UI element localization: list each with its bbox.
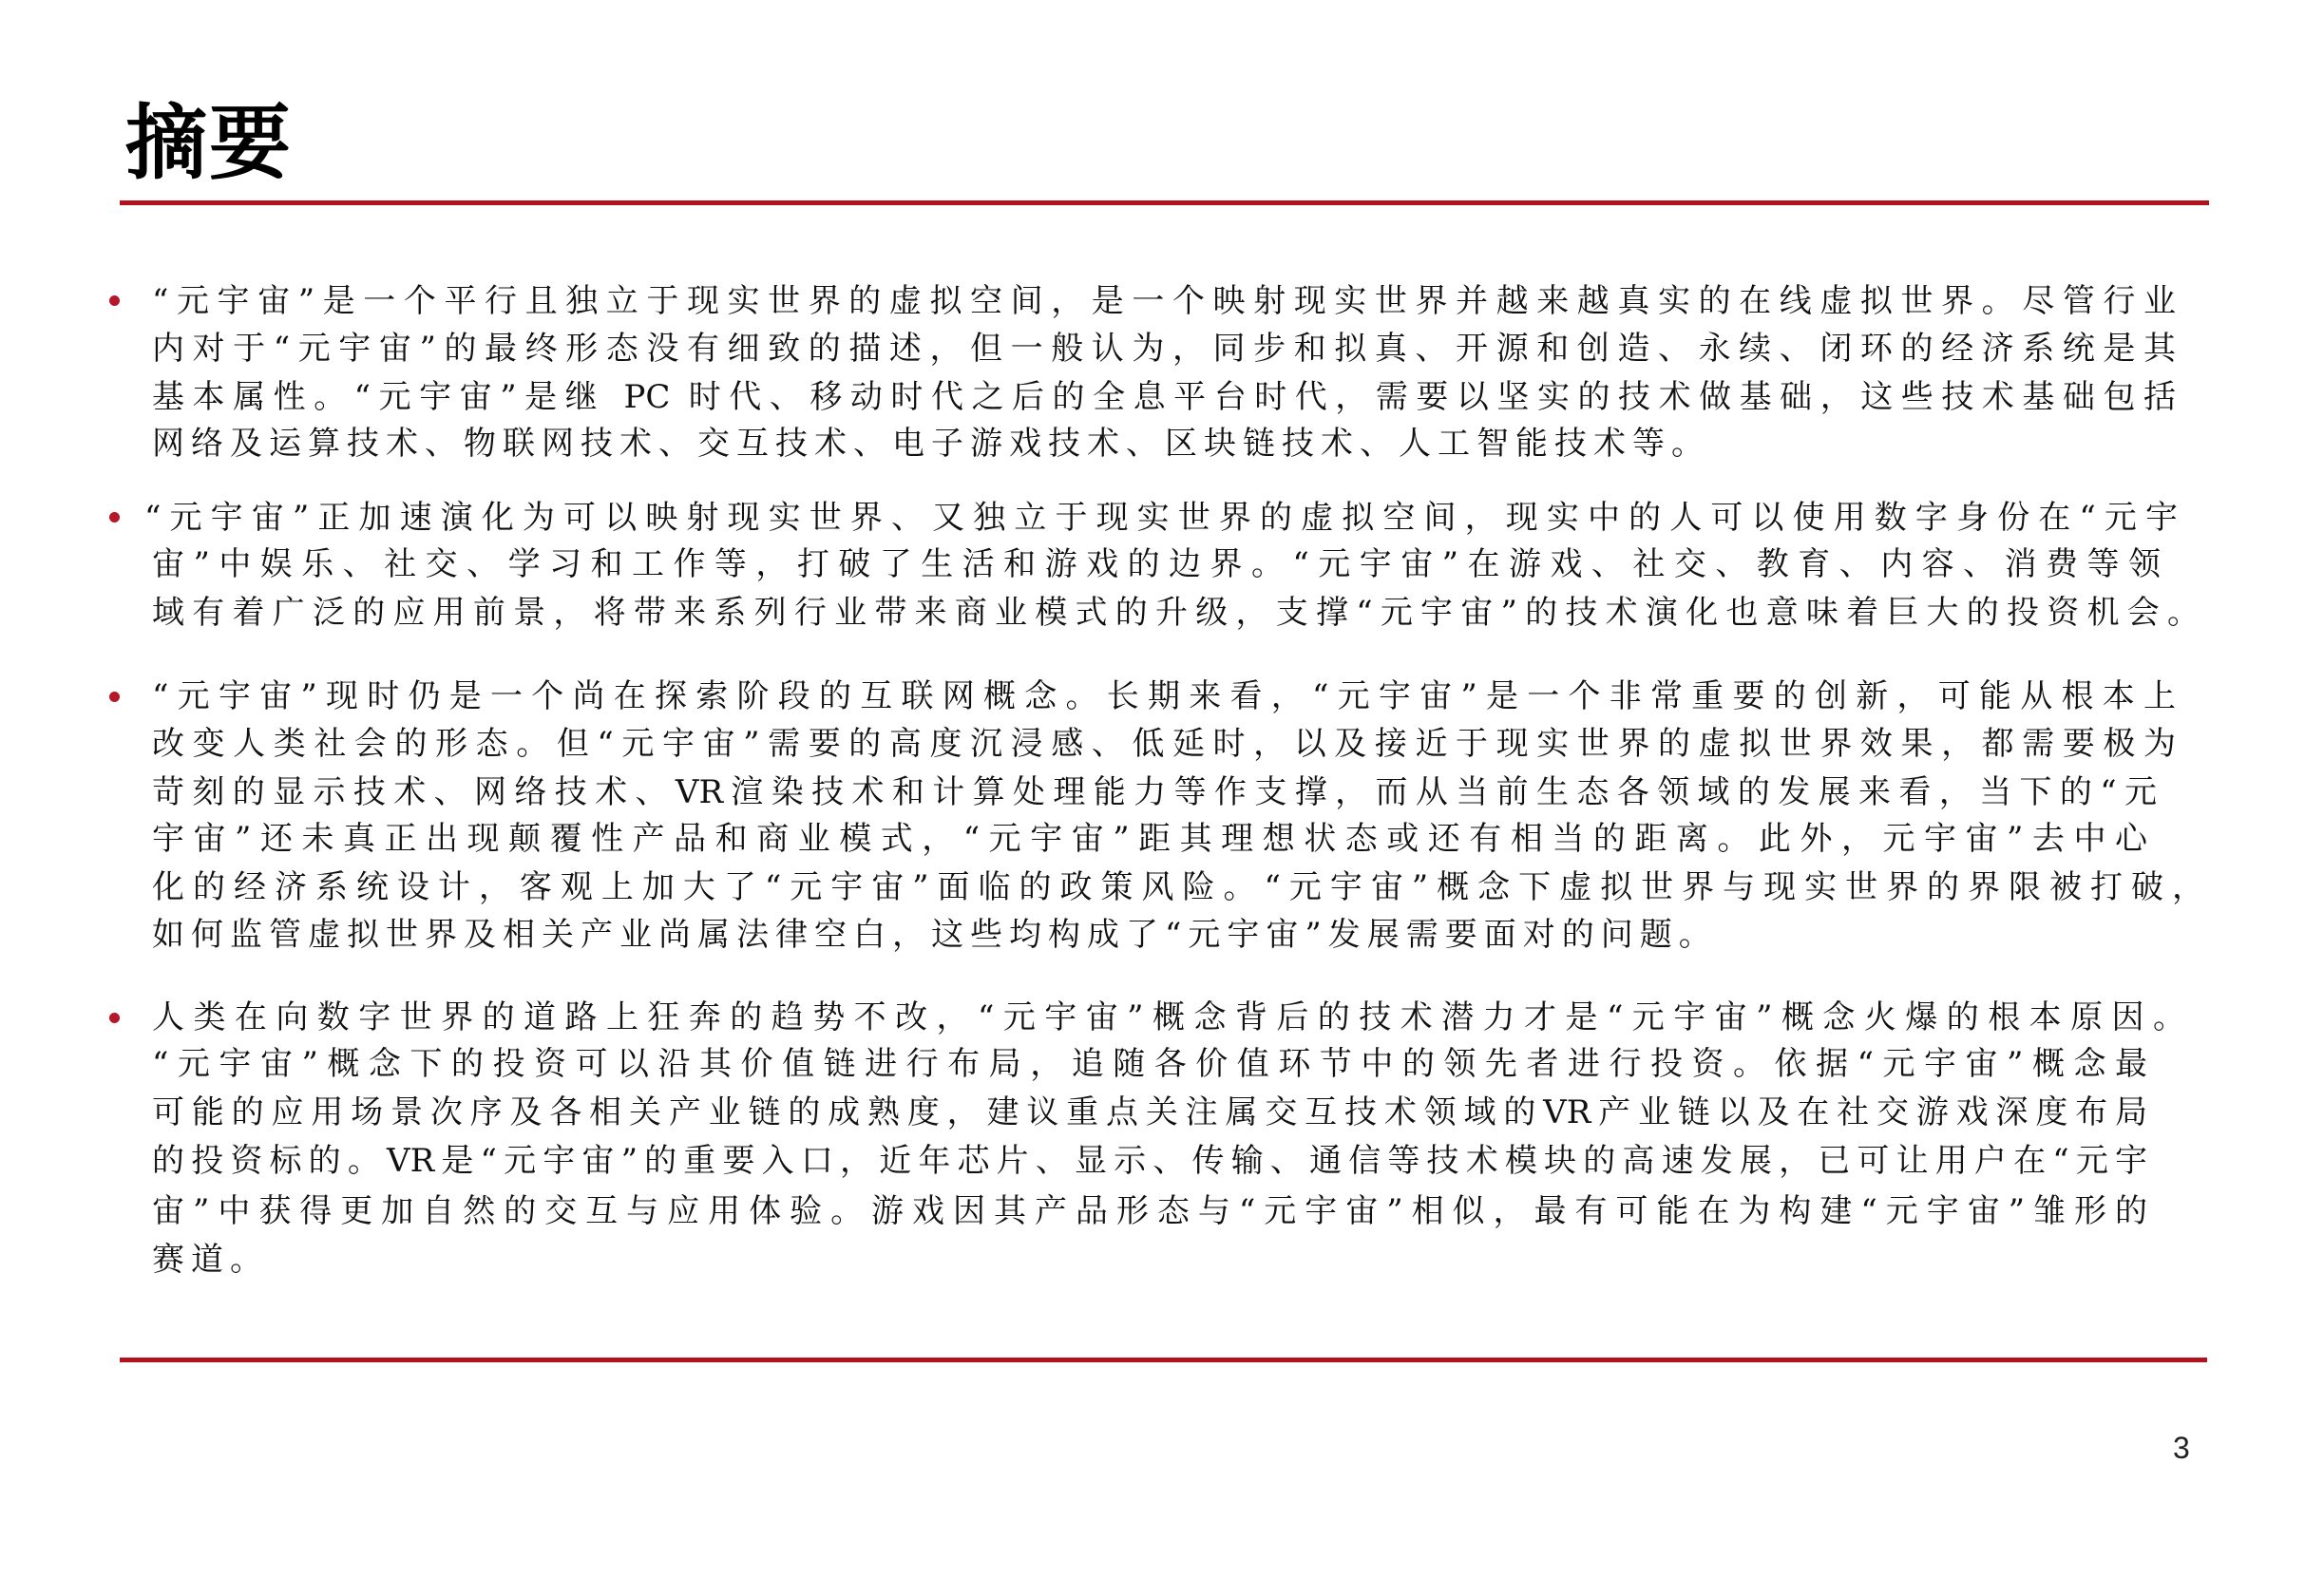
footer-divider: [120, 1358, 2207, 1362]
bullet-1-line-3: 基本属性。“元宇宙”是继 PC 时代、移动时代之后的全息平台时代，需要以坚实的技…: [152, 374, 2176, 420]
bullet-3-line-6: 如何监管虚拟世界及相关产业尚属法律空白，这些均构成了“元宇宙”发展需要面对的问题…: [152, 912, 1718, 958]
bullet-4-line-3: 可能的应用场景次序及各相关产业链的成熟度，建议重点关注属交互技术领域的VR产业链…: [152, 1090, 2147, 1135]
bullet-3-line-5: 化的经济系统设计，客观上加大了“元宇宙”面临的政策风险。“元宇宙”概念下虚拟世界…: [152, 864, 2204, 910]
bullet-1-line-4: 网络及运算技术、物联网技术、交互技术、电子游戏技术、区块链技术、人工智能技术等。: [152, 421, 1710, 466]
bullet-dot-icon: [109, 295, 120, 306]
bullet-dot-icon: [109, 692, 120, 702]
page-number: 3: [2173, 1431, 2190, 1466]
bullet-1-line-2: 内对于“元宇宙”的最终形态没有细致的描述，但一般认为，同步和拟真、开源和创造、永…: [152, 326, 2176, 371]
bullet-2-line-1: “元宇宙”正加速演化为可以映射现实世界、又独立于现实世界的虚拟空间，现实中的人可…: [144, 495, 2178, 541]
title-divider: [120, 200, 2209, 205]
bullet-3-line-4: 宇宙”还未真正出现颠覆性产品和商业模式，“元宇宙”距其理想状态或还有相当的距离。…: [152, 816, 2147, 862]
bullet-2-line-2: 宙”中娱乐、社交、学习和工作等，打破了生活和游戏的边界。“元宇宙”在游戏、社交、…: [152, 541, 2161, 587]
bullet-3-line-2: 改变人类社会的形态。但“元宇宙”需要的高度沉浸感、低延时，以及接近于现实世界的虚…: [152, 721, 2176, 767]
bullet-4-line-4: 的投资标的。VR是“元宇宙”的重要入口，近年芯片、显示、传输、通信等技术模块的高…: [152, 1138, 2147, 1184]
page-title: 摘要: [125, 91, 293, 196]
bullet-2-line-3: 域有着广泛的应用前景，将带来系列行业带来商业模式的升级，支撑“元宇宙”的技术演化…: [152, 590, 2200, 636]
bullet-1-line-1: “元宇宙”是一个平行且独立于现实世界的虚拟空间，是一个映射现实世界并越来越真实的…: [152, 278, 2176, 324]
bullet-dot-icon: [109, 1013, 120, 1023]
bullet-4-line-6: 赛道。: [152, 1237, 269, 1282]
bullet-3-line-1: “元宇宙”现时仍是一个尚在探索阶段的互联网概念。长期来看，“元宇宙”是一个非常重…: [152, 674, 2176, 719]
bullet-dot-icon: [109, 512, 120, 522]
bullet-3-line-3: 苛刻的显示技术、网络技术、VR渲染技术和计算处理能力等作支撑，而从当前生态各领域…: [152, 769, 2157, 815]
bullet-4-line-1: 人类在向数字世界的道路上狂奔的趋势不改，“元宇宙”概念背后的技术潜力才是“元宇宙…: [152, 995, 2185, 1040]
bullet-4-line-2: “元宇宙”概念下的投资可以沿其价值链进行布局，追随各价值环节中的领先者进行投资。…: [152, 1041, 2147, 1087]
bullet-4-line-5: 宙”中获得更加自然的交互与应用体验。游戏因其产品形态与“元宇宙”相似，最有可能在…: [152, 1188, 2147, 1234]
